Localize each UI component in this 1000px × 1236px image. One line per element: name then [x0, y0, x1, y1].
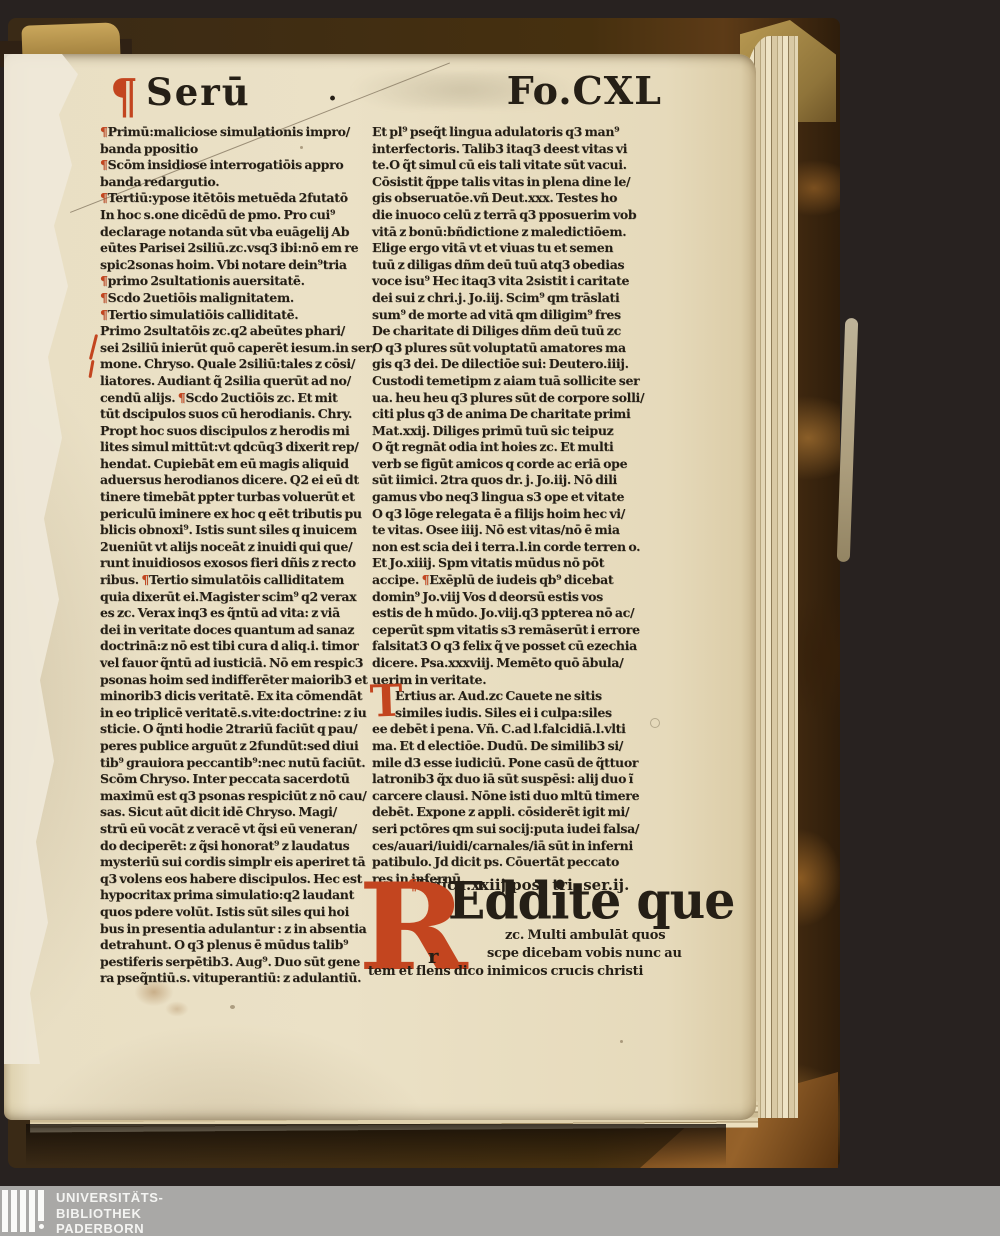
text-line: in eo triplicē veritatē.s.vite:doctrine:… [100, 705, 388, 722]
text-line: hendat. Cupiebāt em eū magis aliquid [100, 456, 388, 473]
text-line: psonas hoim sed indifferēter maiorib3 et [100, 672, 388, 689]
text-line: voce isu⁹ Hec itaq3 vita 2sistit i carit… [372, 273, 668, 290]
text-line: dicere. Psa.xxxviij. Memēto quō ābula/ [372, 655, 668, 672]
text-line: citi plus q3 de anima De charitate primi [372, 406, 668, 423]
text-line: Ertius ar. Aud.zc Cauete ne sitis [372, 688, 668, 705]
logo-bar [29, 1190, 35, 1232]
text-line: banda redargutio. [100, 174, 388, 191]
text-line: quia dixerūt ei.Magister scim⁹ q2 verax [100, 589, 388, 606]
text-line: Primo 2sultatōis zc.q2 abeūtes phari/ [100, 323, 388, 340]
text-line: banda ppositio [100, 141, 388, 158]
text-column-right: Et pl⁹ pseq̃t lingua adulatoris q3 man⁹i… [372, 124, 668, 887]
text-line: aduersus herodianos dicere. Q2 ei eū dt [100, 472, 388, 489]
text-line: accipe. ¶Exēplū de iudeis qb⁹ dicebat [372, 572, 668, 589]
book-photograph: ¶ Serū · Fo.CXL ¶Primū:maliciose simulat… [0, 0, 1000, 1236]
text-line: doctrinā:z nō est tibi cura d aliq.i. ti… [100, 638, 388, 655]
text-line: non est scia dei i terra.l.in corde terr… [372, 539, 668, 556]
text-line: blicis obnoxi⁹. Istis sunt siles q inuic… [100, 522, 388, 539]
text-line: hypocritax prima simulatio:q2 laudant [100, 887, 388, 904]
text-line: bus in presentia adulantur : z in absent… [100, 921, 388, 938]
text-line: mysteriū sui cordis simplr eis aperiret … [100, 854, 388, 871]
text-column-left: ¶Primū:maliciose simulationis impro/band… [100, 124, 388, 987]
text-line: detrahunt. O q3 plenus ē mūdus talib⁹ [100, 937, 388, 954]
text-line: mone. Chryso. Quale 2siliū:tales z cōsi/ [100, 356, 388, 373]
text-line: ee debēt i pena. Vñ. C.ad l.falcidiā.l.v… [372, 721, 668, 738]
folio-number: Fo.CXL [470, 68, 662, 113]
library-name-line: BIBLIOTHEK [56, 1206, 163, 1222]
text-line: te.O q̃t simul cū eis tali vitate sūt va… [372, 157, 668, 174]
text-line: Custodi temetipm z aiam tuā sollicite se… [372, 373, 668, 390]
text-line: Propt hoc suos discipulos z herodis mi [100, 423, 388, 440]
text-line: peres publice arguūt z 2fundūt:sed diui [100, 738, 388, 755]
text-line: sūt iimici. 2tra quos dr. j. Jo.iij. Nō … [372, 472, 668, 489]
text-line: lites simul mittūt:vt qdcūq3 dixerit rep… [100, 439, 388, 456]
logo-bar-exclamation [38, 1190, 44, 1221]
library-name-line: PADERBORN [56, 1221, 163, 1236]
text-line: O q3 plures sūt voluptatū amatores ma [372, 340, 668, 357]
text-line: pestiferis serpētib3. Aug⁹. Duo sūt gene [100, 954, 388, 971]
text-line: ceperūt spm vitatis s3 remāserūt i error… [372, 622, 668, 639]
text-line: vitā z bonū:bñdictione z maledictiōem. [372, 224, 668, 241]
text-line: tib⁹ grauiora peccantib⁹:nec nutū faciūt… [100, 755, 388, 772]
text-line: liatores. Audiant q̃ 2silia querūt ad no… [100, 373, 388, 390]
text-line: tūt dscipulos suos cū herodianis. Chry. [100, 406, 388, 423]
text-line: tinere timebāt ppter turbas voluerūt et [100, 489, 388, 506]
incipit-large-text: Eddite que [448, 870, 734, 931]
text-line: similes iudis. Siles ei i culpa:siles [372, 705, 668, 722]
library-name: UNIVERSITÄTS- BIBLIOTHEK PADERBORN [56, 1190, 163, 1236]
text-line: ¶Tertiū:ypose itētōis metuēda 2futatō [100, 190, 388, 207]
incipit-line: scpe dicebam vobis nunc au [487, 946, 682, 961]
text-line: periculū iminere ex hoc q eēt tributis p… [100, 506, 388, 523]
text-line: De charitate di Diliges dñm deū tuū zc [372, 323, 668, 340]
text-line: declarage notanda sūt vba euāgelij Ab [100, 224, 388, 241]
text-line: q3 volens eos habere discipulos. Hec est [100, 871, 388, 888]
paper-speck [620, 1040, 623, 1043]
text-line: dei sui z chri.j. Jo.iij. Scim⁹ qm trāsl… [372, 290, 668, 307]
text-line: eūtes Parisei 2siliū.zc.vsq3 ibi:nō em r… [100, 240, 388, 257]
text-line: Mat.xxij. Diliges primū tuū sic teipuz [372, 423, 668, 440]
text-line: Elige ergo vitā vt et viuas tu et semen [372, 240, 668, 257]
text-line: verb se figūt amicos q corde ac eriā ope [372, 456, 668, 473]
header-separator-dot: · [328, 84, 337, 114]
paper-speck [230, 1005, 235, 1009]
text-line: Et Jo.xiiij. Spm vitatis mūdus nō pōt [372, 555, 668, 572]
text-line: falsitat3 O q3 felix q̃ ve posset cū eze… [372, 638, 668, 655]
logo-bar [20, 1190, 26, 1232]
text-line: ces/auari/iuidi/carnales/iā sūt in infer… [372, 838, 668, 855]
text-line: maximū est q3 psonas respiciūt z nō cau/ [100, 788, 388, 805]
page-shadow [26, 1124, 726, 1166]
text-line: interfectoris. Talib3 itaq3 deest vitas … [372, 141, 668, 158]
text-line: sticie. O q̃nti hodie 2trariū faciūt q p… [100, 721, 388, 738]
text-line: dei in veritate doces quantum ad sanaz [100, 622, 388, 639]
library-watermark-bar: UNIVERSITÄTS- BIBLIOTHEK PADERBORN [0, 1186, 1000, 1236]
text-line: tuū z diligas dñm deū tuū atq3 obedias [372, 257, 668, 274]
text-line: Et pl⁹ pseq̃t lingua adulatoris q3 man⁹ [372, 124, 668, 141]
library-name-line: UNIVERSITÄTS- [56, 1190, 163, 1206]
initial-t: T [369, 675, 404, 727]
text-line: minorib3 dicis veritatē. Ex ita cōmendāt [100, 688, 388, 705]
running-title: Serū [146, 70, 251, 114]
incipit-line: zc. Multi ambulāt quos [505, 928, 665, 943]
text-line: quos pdere volūt. Istis sūt siles qui ho… [100, 904, 388, 921]
text-line: uerim in veritate. [372, 672, 668, 689]
incipit-line: tem et flens dico inimicos crucis christ… [368, 964, 643, 979]
text-line: 2ueniūt vt alijs noceāt z inuidi qui que… [100, 539, 388, 556]
text-line: sas. Sicut aūt dicit idē Chryso. Magi/ [100, 804, 388, 821]
text-line: ¶Primū:maliciose simulationis impro/ [100, 124, 388, 141]
text-line: gamus vbo neq3 lingua s3 ope et vitate [372, 489, 668, 506]
text-line: es zc. Verax inq3 es q̃ntū ad vita: z vi… [100, 605, 388, 622]
text-line: vel fauor q̃ntū ad iusticiā. Nō em respi… [100, 655, 388, 672]
text-line: gis obseruatōe.vñ Deut.xxx. Testes ho [372, 190, 668, 207]
logo-bar [2, 1190, 8, 1232]
text-line: ¶Tertio simulatiōis calliditatē. [100, 307, 388, 324]
text-line: ra pseq̃ntiū.s. vituperantiū: z adulanti… [100, 970, 388, 987]
text-line: cendū alijs. ¶Scdo 2uctiōis zc. Et mit [100, 390, 388, 407]
text-line: latronib3 q̃x duo iā sūt suspēsi: alij d… [372, 771, 668, 788]
text-line: mile d3 esse iudiciū. Pone casū de q̃ttu… [372, 755, 668, 772]
text-line: O q3 lōge relegata ē a filijs hoim hec v… [372, 506, 668, 523]
text-line: ¶Scōm insidiose interrogatiōis appro [100, 157, 388, 174]
text-line: In hoc s.one dicēdū de pmo. Pro cui⁹ [100, 207, 388, 224]
text-line: debēt. Expone z appli. cōsiderēt igit mi… [372, 804, 668, 821]
text-line: estis de h mūdo. Jo.viij.q3 ppterea nō a… [372, 605, 668, 622]
text-line: die inuoco celū z terrā q3 pposuerim vob [372, 207, 668, 224]
text-line: ¶Scdo 2uetiōis malignitatem. [100, 290, 388, 307]
text-line: carcere clausi. Nōne isti duo mltū timer… [372, 788, 668, 805]
text-line: gis q3 dei. De dilectiōe sui: Deutero.ii… [372, 356, 668, 373]
text-line: Cōsistit q̃ppe talis vitas in plena dine… [372, 174, 668, 191]
running-title-pilcrow: ¶ [110, 70, 138, 125]
text-line: sum⁹ de morte ad vitā qm diligim⁹ fres [372, 307, 668, 324]
text-line: domin⁹ Jo.viij Vos d deorsū estis vos [372, 589, 668, 606]
text-line: Scōm Chryso. Inter peccata sacerdotū [100, 771, 388, 788]
text-line: ¶primo 2sultationis auersitatē. [100, 273, 388, 290]
text-line: ribus. ¶Tertio simulatōis calliditatem [100, 572, 388, 589]
text-line: sei 2siliū inierūt quō caperēt iesum.in … [100, 340, 388, 357]
logo-bar [11, 1190, 17, 1232]
text-line: runt inuidiosos exosos fieri dñis z rect… [100, 555, 388, 572]
text-line: ua. heu heu q3 plures sūt de corpore sol… [372, 390, 668, 407]
text-line: te vitas. Osee iiij. Nō est vitas/nō ē m… [372, 522, 668, 539]
text-line: O q̃t regnāt odia int hoies zc. Et multi [372, 439, 668, 456]
text-line: strū eū vocāt z veracē vt q̃si eū venera… [100, 821, 388, 838]
text-line: ma. Et d electiōe. Dudū. De similib3 si/ [372, 738, 668, 755]
library-logo [2, 1190, 50, 1234]
text-line: spic2sonas hoim. Vbi notare dein⁹tria [100, 257, 388, 274]
text-line: do deciperēt: z q̃si honorat⁹ z laudatus [100, 838, 388, 855]
text-line: seri pctōres qm sui socij:puta iudei fal… [372, 821, 668, 838]
